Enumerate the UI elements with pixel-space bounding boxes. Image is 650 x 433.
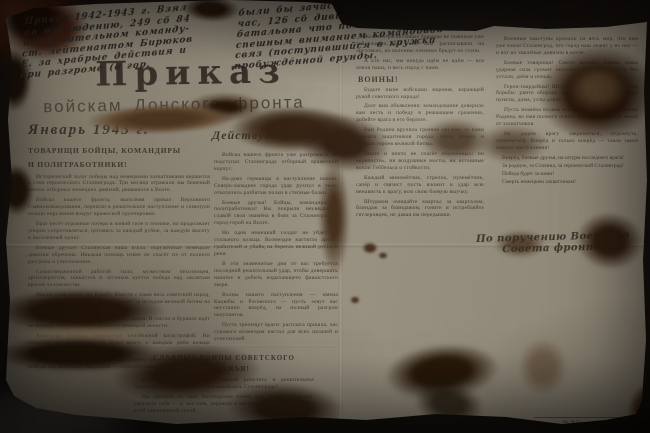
illegible-paragraph: Пусть трепещут враги: расплата пришла, ч… — [214, 322, 338, 343]
slogan-line: Вперёд, боевые друзья, на штурм последне… — [496, 155, 638, 162]
text-column-3: Железно-расчётливые баварцы не помнили у… — [356, 34, 484, 246]
imprint-text: Зак. № 43. — [562, 419, 582, 424]
text-column-4: Военные хвастуны кричали на весь мир, чт… — [496, 36, 638, 234]
salutation-line: И ПОЛИТРАБОТНИКИ! — [28, 160, 210, 170]
illegible-paragraph: Исторический залог победы над немецкими … — [28, 174, 210, 195]
text-column-2: Войска нашего фронта уже разгромили на п… — [214, 152, 338, 352]
bottom-section-heading: СЛАВНЫЕ ВОИНЫ СОВЕТСКОГО — [134, 354, 314, 363]
burn-stain — [411, 376, 488, 431]
illegible-paragraph: Боевые друзья! Бойцы, командиры и политр… — [214, 200, 338, 228]
illegible-paragraph: Ни один немецкий солдат не уйдёт из стал… — [214, 230, 338, 258]
illegible-paragraph: В эти знаменитые дни от вас требуется по… — [214, 261, 338, 289]
bottom-text-section: СЛАВНЫЕ ВОИНЫ СОВЕТСКОГО ЗАВОЛЖЬЯ! Когда… — [134, 354, 314, 430]
illegible-paragraph: Враг несёт огромные потери в живой силе … — [28, 221, 210, 242]
burn-stain — [350, 296, 360, 304]
burn-stain — [621, 378, 650, 433]
illegible-paragraph: Долг ваш объявления: командование довери… — [356, 103, 484, 124]
illegible-paragraph: Вы приняли на свои богатырские плечи всю… — [134, 394, 314, 415]
illegible-paragraph: Штурмом очищайте квартал за кварталом, б… — [356, 199, 484, 220]
illegible-paragraph: Никто и ничто не спасёт обречённых: ни «… — [356, 151, 484, 172]
imprint-rule — [534, 417, 630, 418]
photo-of-damaged-order-document: Приказ войскам Донского фронта Январь 19… — [0, 0, 650, 433]
burn-stain — [518, 338, 568, 396]
slogan-line: Смерть немецким захватчикам! — [496, 179, 638, 186]
burn-stain — [378, 252, 388, 259]
document-subtitle: войскам Донского фронта — [42, 93, 306, 118]
date-line: Январь 1943 г. — [28, 122, 150, 139]
illegible-paragraph: Боевые товарищи! Смело вперёд: зимою наш… — [496, 60, 638, 81]
slogan-line: За родную, за Сталина, за героический Ст… — [496, 163, 638, 170]
burn-stain — [381, 338, 502, 406]
illegible-paragraph: Самоотверженной работой тыла, мужеством … — [28, 269, 210, 290]
illegible-paragraph: Когда вы несокрушимой лавиной ринулись в… — [134, 377, 314, 391]
vertical-fold-crease — [339, 24, 342, 424]
illegible-paragraph: Войска нашего фронта уже разгромили на п… — [214, 152, 338, 173]
illegible-paragraph: Будьте ныне войсками мщения, карающей ру… — [356, 87, 484, 101]
bottom-section-heading: ЗАВОЛЖЬЯ! — [134, 365, 314, 374]
illegible-paragraph: Волны нашего наступления — имена Кацюбы … — [214, 292, 338, 320]
signature-line: По поручению Военного Совета фронта — [464, 230, 643, 257]
illegible-paragraph: Авантюра Гитлера завершится неизбежной к… — [28, 333, 210, 354]
illegible-paragraph: Мы не одни ведём эту борьбу. Вместе с на… — [28, 292, 210, 313]
salutation-line: ТОВАРИЩИ БОЙЦЫ, КОМАНДИРЫ — [28, 146, 210, 156]
place-line: Действующая Армия — [212, 128, 343, 143]
slogan-line: Победа будет за нами! — [496, 171, 638, 178]
illegible-paragraph: Войска нашего фронта, выполняя приказ Ве… — [28, 197, 210, 218]
order-document-paper: Приказ войскам Донского фронта Январь 19… — [6, 0, 647, 430]
illegible-paragraph: Герои-гвардейцы! Штурмовой натиск решает… — [496, 84, 638, 105]
illegible-paragraph: Не дадим врагу закрепиться, отдохнуть, о… — [496, 131, 638, 152]
illegible-paragraph: Вам Родина вручила грозное оружие, за ва… — [356, 127, 484, 148]
illegible-paragraph: Пусть знамёна полков осеняют вас на подв… — [496, 107, 638, 128]
section-heading-voiny: ВОИНЫ! — [358, 75, 484, 84]
illegible-paragraph: Каждый миномётчик, стрелок, пулемётчик, … — [356, 175, 484, 196]
illegible-paragraph: Зимняя стужа не страшит советского воина… — [28, 316, 210, 330]
illegible-paragraph: На-днях германцы в наступление пошли. Се… — [214, 176, 338, 197]
illegible-paragraph: Военные хвастуны кричали на весь мир, чт… — [496, 36, 638, 57]
illegible-paragraph: Боевые друзья! Сталинская наша взяла: ок… — [28, 245, 210, 266]
